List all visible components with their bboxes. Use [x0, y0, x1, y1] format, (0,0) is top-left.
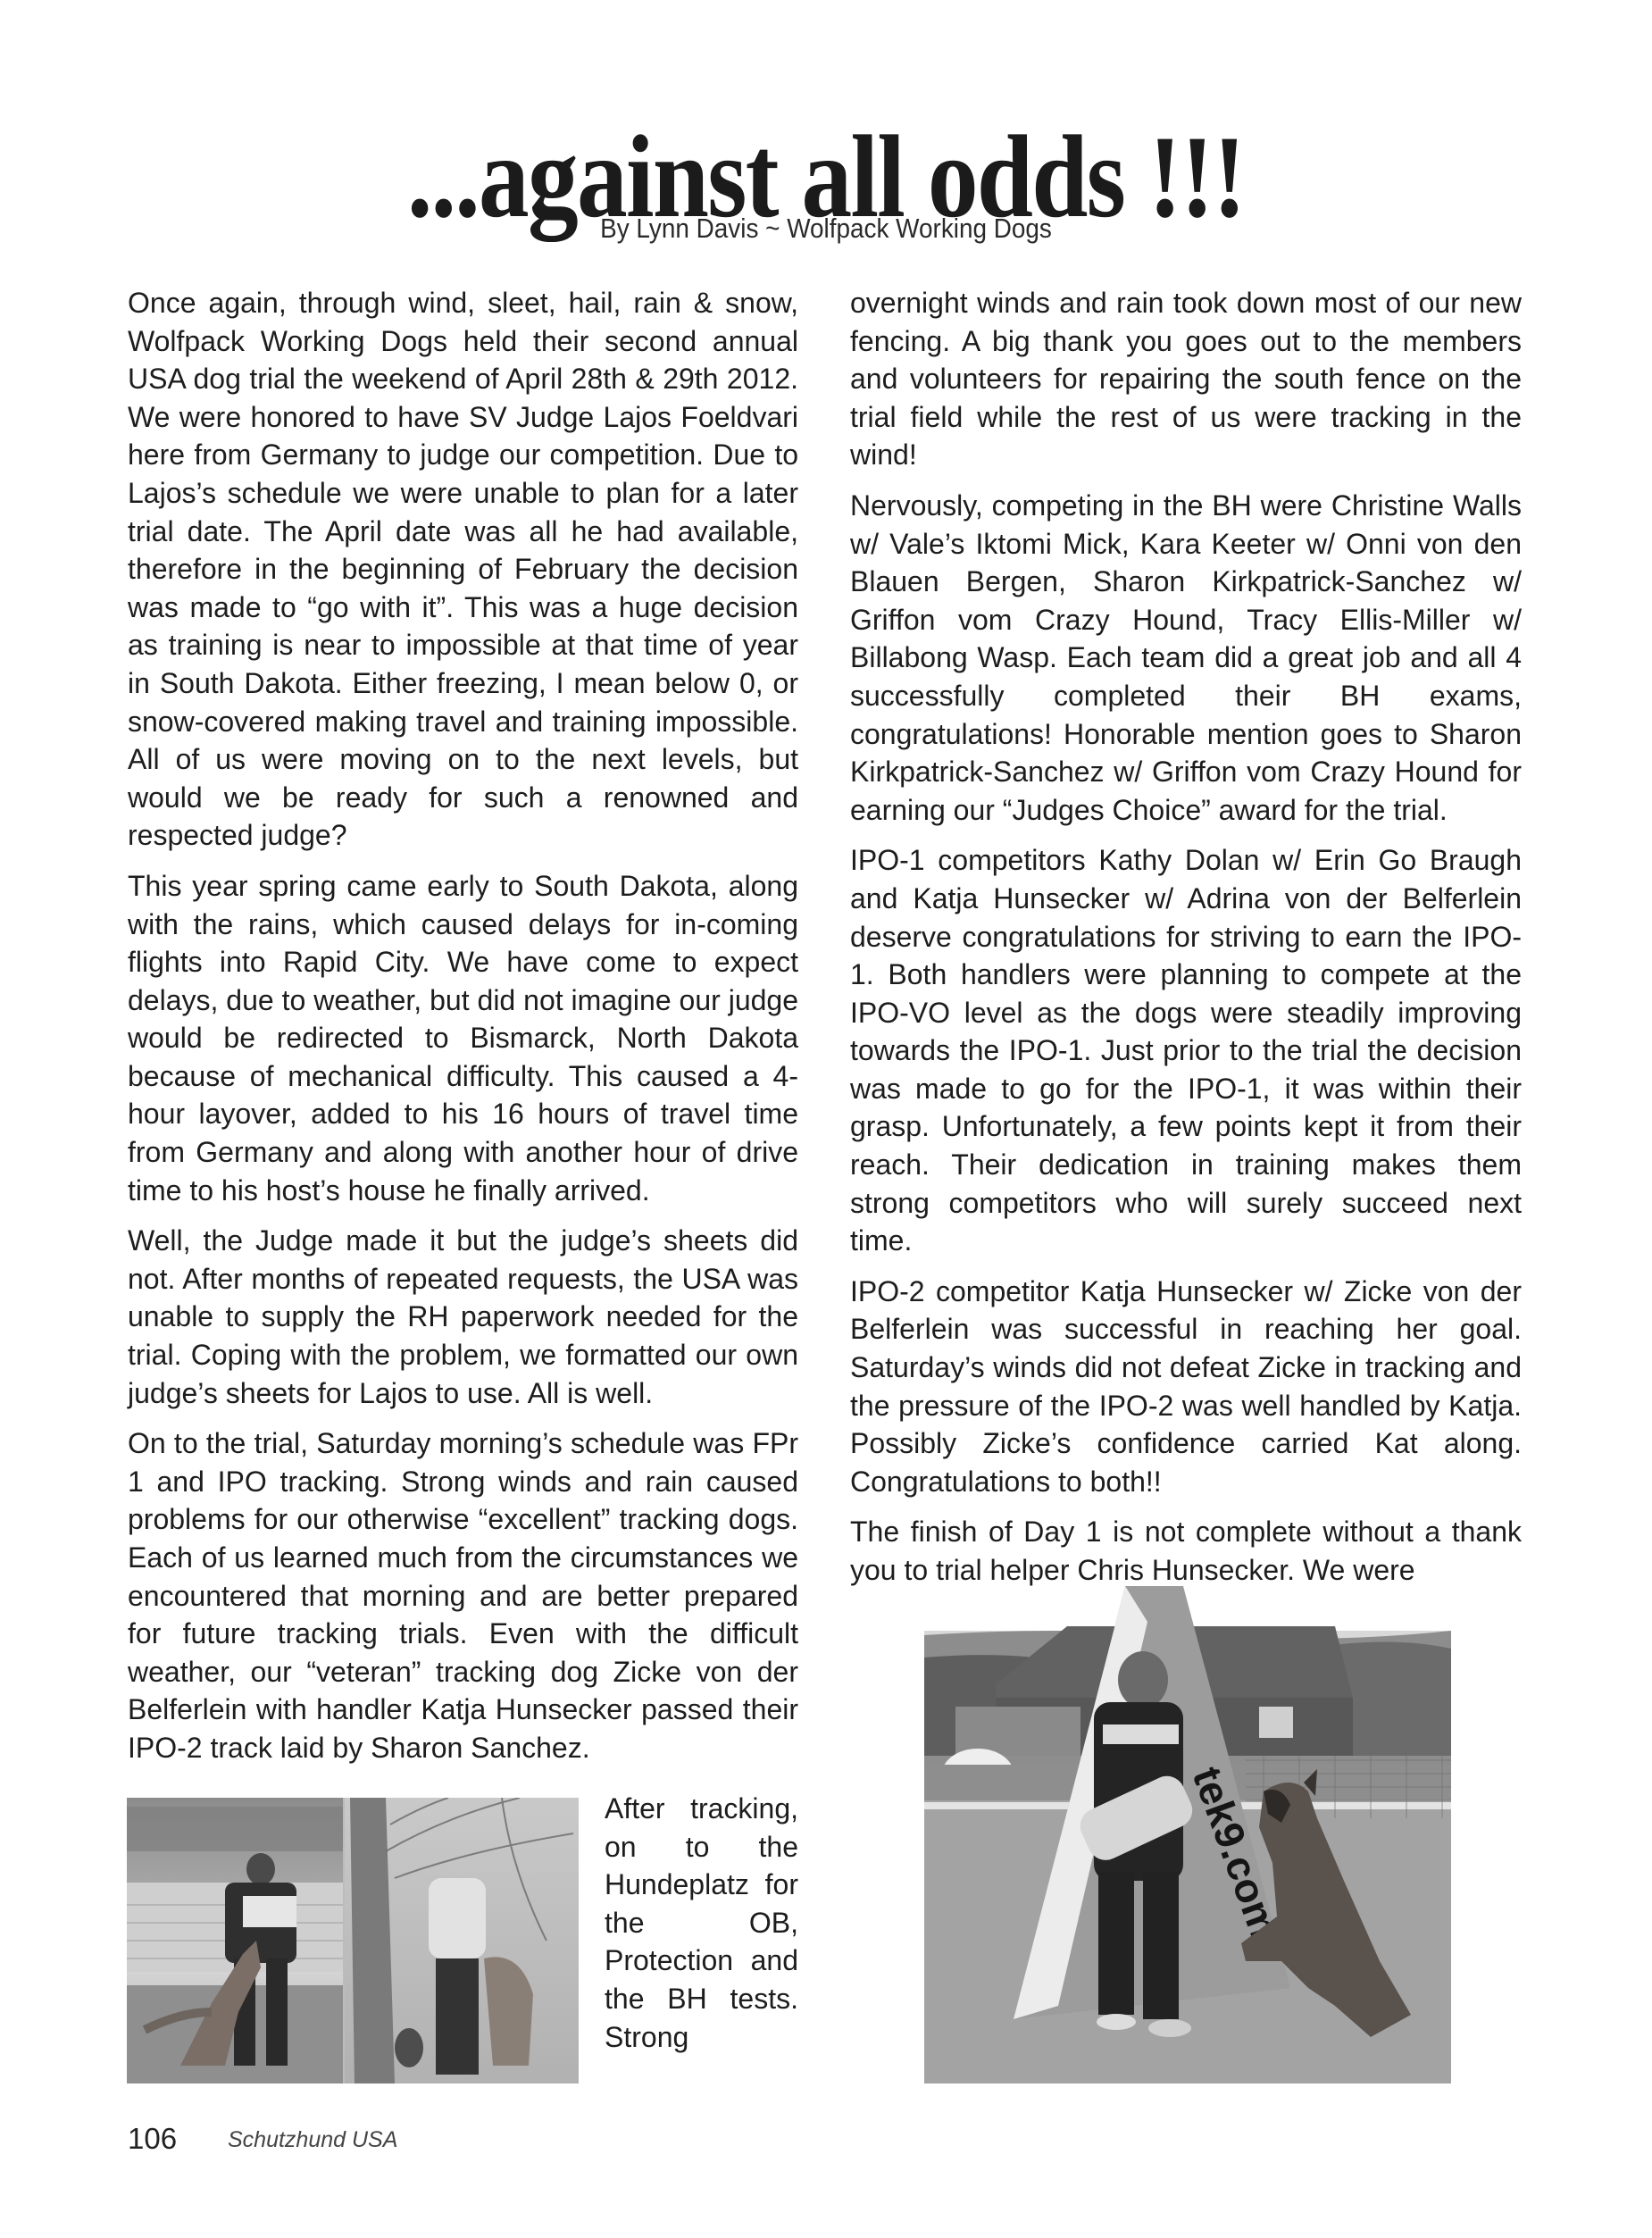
paragraph: On to the trial, Saturday morning’s sche… [128, 1424, 798, 1766]
paragraph: Once again, through wind, sleet, hail, r… [128, 284, 798, 855]
right-column: overnight winds and rain took down most … [850, 284, 1522, 1602]
page-number: 106 [128, 2122, 177, 2156]
paragraph: The finish of Day 1 is not complete with… [850, 1513, 1522, 1589]
article-byline: By Lynn Davis ~ Wolfpack Working Dogs [83, 211, 1570, 246]
paragraph: This year spring came early to South Dak… [128, 867, 798, 1209]
photo-protection-and-tracking [127, 1798, 579, 2084]
paragraph: IPO-2 competitor Katja Hunsecker w/ Zick… [850, 1273, 1522, 1501]
photo-image: tek9.com [924, 1586, 1451, 2084]
paragraph: Well, the Judge made it but the judge’s … [128, 1222, 798, 1412]
left-column: Once again, through wind, sleet, hail, r… [128, 284, 798, 1780]
photo-helper-blind-dog: tek9.com [924, 1586, 1451, 2084]
photo-caption-text: After tracking, on to the Hundeplatz for… [605, 1790, 798, 2056]
publication-name: Schutzhund USA [228, 2127, 397, 2153]
paragraph: IPO-1 competitors Kathy Dolan w/ Erin Go… [850, 841, 1522, 1260]
paragraph: overnight winds and rain took down most … [850, 284, 1522, 474]
paragraph: Nervously, competing in the BH were Chri… [850, 487, 1522, 829]
magazine-page: ...against all odds !!! By Lynn Davis ~ … [0, 0, 1652, 2238]
photo-image [127, 1798, 579, 2084]
